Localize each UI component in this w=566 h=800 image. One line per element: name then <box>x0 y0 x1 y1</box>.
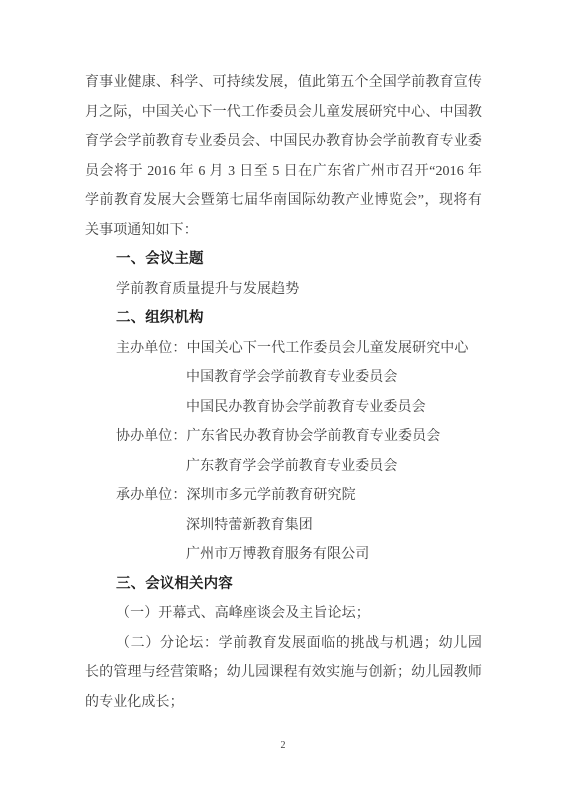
document-body: 育事业健康、科学、可持续发展，值此第五个全国学前教育宣传月之际，中国关心下一代工… <box>85 68 482 717</box>
text-line: （一）开幕式、高峰座谈会及主旨论坛； <box>85 599 482 629</box>
document-page: 育事业健康、科学、可持续发展，值此第五个全国学前教育宣传月之际，中国关心下一代工… <box>0 0 566 800</box>
text-line: 广州市万博教育服务有限公司 <box>85 540 482 570</box>
text-line: 的专业化成长； <box>85 688 482 718</box>
text-line: 中国民办教育协会学前教育专业委员会 <box>85 393 482 423</box>
section-heading: 一、会议主题 <box>85 245 482 275</box>
text-line: 协办单位：广东省民办教育协会学前教育专业委员会 <box>85 422 482 452</box>
section-heading: 三、会议相关内容 <box>85 570 482 600</box>
section-heading: 二、组织机构 <box>85 304 482 334</box>
text-line: 关事项通知如下： <box>85 216 482 246</box>
text-line: 育学会学前教育专业委员会、中国民办教育协会学前教育专业委 <box>85 127 482 157</box>
text-line: （二）分论坛：学前教育发展面临的挑战与机遇；幼儿园园 <box>85 629 482 659</box>
page-number: 2 <box>0 739 566 753</box>
text-line: 主办单位：中国关心下一代工作委员会儿童发展研究中心 <box>85 334 482 364</box>
text-line: 广东教育学会学前教育专业委员会 <box>85 452 482 482</box>
text-line: 月之际，中国关心下一代工作委员会儿童发展研究中心、中国教 <box>85 98 482 128</box>
text-line: 员会将于 2016 年 6 月 3 日至 5 日在广东省广州市召开“2016 年 <box>85 157 482 187</box>
text-line: 育事业健康、科学、可持续发展，值此第五个全国学前教育宣传 <box>85 68 482 98</box>
text-line: 承办单位：深圳市多元学前教育研究院 <box>85 481 482 511</box>
text-line: 长的管理与经营策略；幼儿园课程有效实施与创新；幼儿园教师 <box>85 658 482 688</box>
text-line: 中国教育学会学前教育专业委员会 <box>85 363 482 393</box>
text-line: 深圳特蕾新教育集团 <box>85 511 482 541</box>
text-line: 学前教育发展大会暨第七届华南国际幼教产业博览会”，现将有 <box>85 186 482 216</box>
text-line: 学前教育质量提升与发展趋势 <box>85 275 482 305</box>
